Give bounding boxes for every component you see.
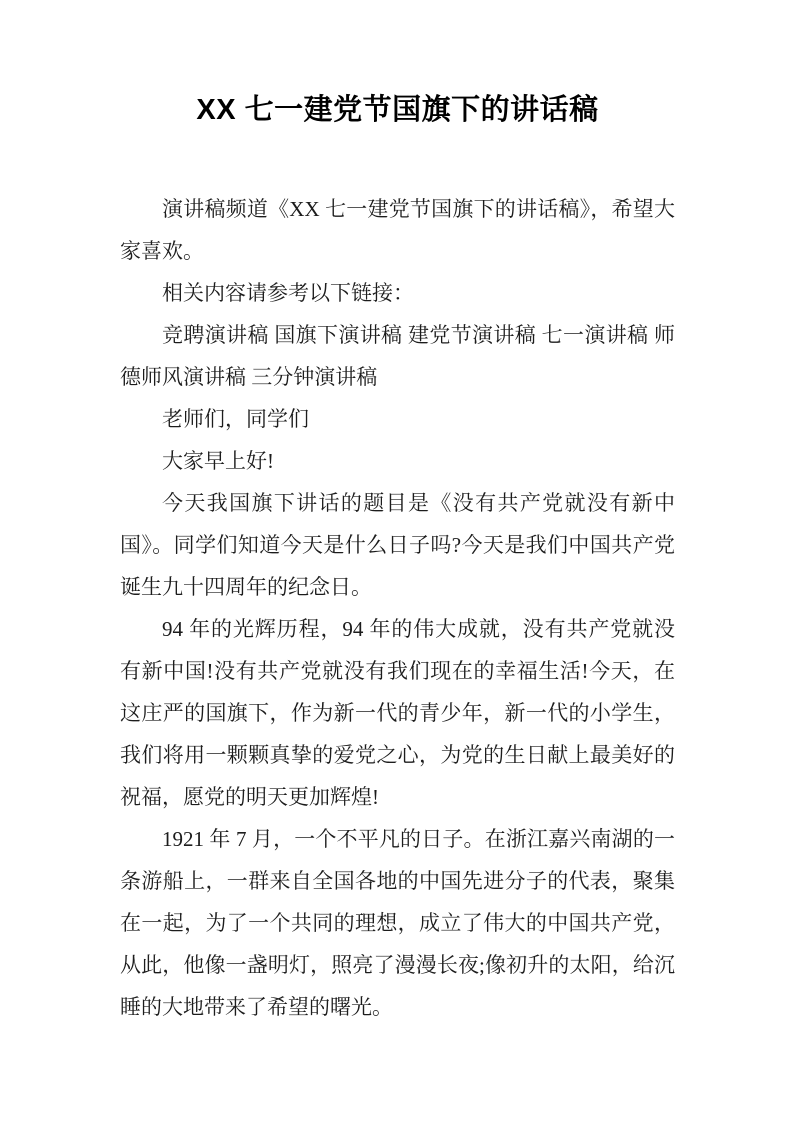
paragraph-history-achievement: 94 年的光辉历程，94 年的伟大成就，没有共产党就没有新中国!没有共产党就没有… [120, 608, 675, 818]
paragraph-topic: 今天我国旗下讲话的题目是《没有共产党就没有新中国》。同学们知道今天是什么日子吗?… [120, 482, 675, 608]
document-title: XX 七一建党节国旗下的讲话稿 [120, 88, 675, 132]
document-page: XX 七一建党节国旗下的讲话稿 演讲稿频道《XX 七一建党节国旗下的讲话稿》，希… [0, 0, 793, 1122]
paragraph-greeting: 大家早上好! [120, 440, 675, 482]
paragraph-intro: 演讲稿频道《XX 七一建党节国旗下的讲话稿》，希望大家喜欢。 [120, 188, 675, 272]
document-body: 演讲稿频道《XX 七一建党节国旗下的讲话稿》，希望大家喜欢。 相关内容请参考以下… [120, 188, 675, 1028]
paragraph-founding-story: 1921 年 7 月，一个不平凡的日子。在浙江嘉兴南湖的一条游船上，一群来自全国… [120, 818, 675, 1028]
paragraph-salutation: 老师们，同学们 [120, 398, 675, 440]
paragraph-related-links-label: 相关内容请参考以下链接： [120, 272, 675, 314]
paragraph-link-list: 竞聘演讲稿 国旗下演讲稿 建党节演讲稿 七一演讲稿 师德师风演讲稿 三分钟演讲稿 [120, 314, 675, 398]
